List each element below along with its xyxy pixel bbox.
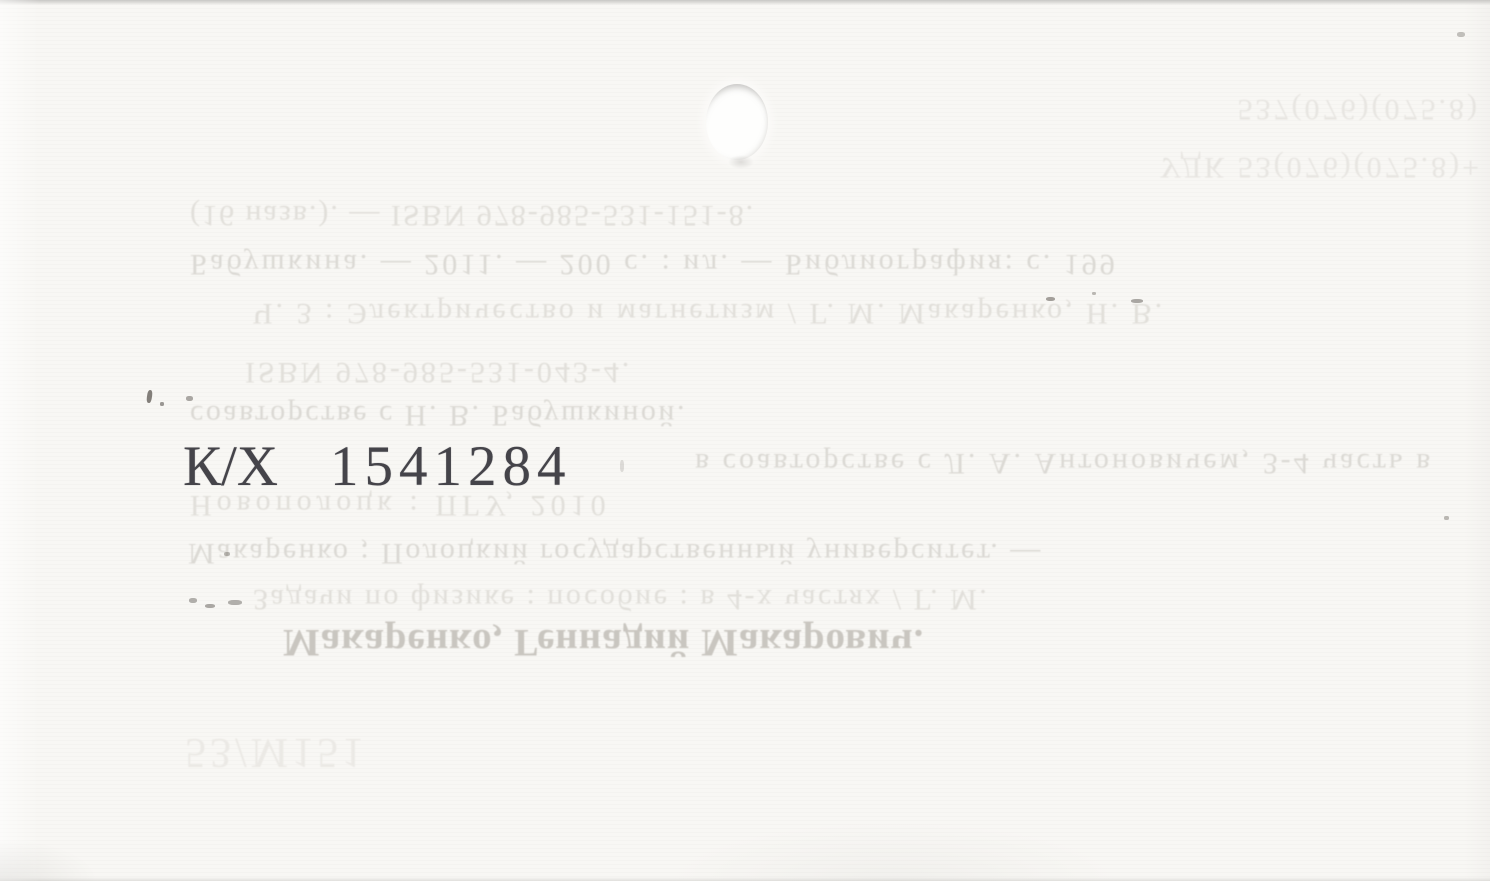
punch-hole: [706, 84, 768, 160]
scanned-page: 537(076)(075.8) УДК 53(076)(075.8)+ (16 …: [0, 0, 1490, 881]
scan-edge-top: [0, 0, 1490, 5]
showthrough-shelf-mark: 53/М151: [185, 728, 367, 776]
scan-edge-bottom: [0, 877, 1490, 881]
punch-hole-shadow: [728, 155, 754, 169]
ink-speck: [146, 390, 153, 404]
showthrough-udc-continuation: 537(076)(075.8): [1238, 92, 1480, 126]
ink-speck: [228, 600, 242, 605]
ink-speck: [1092, 292, 1096, 295]
ink-speck: [1457, 32, 1465, 37]
showthrough-collation-line: Бабушкина. — 2011. — 200 с. : ил. — Библ…: [190, 247, 1118, 281]
ink-speck: [620, 460, 624, 472]
ink-speck: [1444, 516, 1449, 520]
ink-speck: [189, 598, 197, 603]
ink-speck: [160, 402, 164, 406]
showthrough-author-heading: Макаренко, Геннадий Макарович.: [283, 620, 924, 665]
library-stamp: К/Х 1541284: [183, 434, 572, 499]
stamp-prefix: К/Х: [183, 434, 278, 499]
showthrough-coauthor-line: соавторстве с Н. В. Бабушкиной.: [190, 398, 687, 432]
stamp-number: 1541284: [330, 434, 572, 499]
showthrough-udc-line: УДК 53(076)(075.8)+: [1159, 150, 1482, 184]
ink-speck: [1131, 299, 1143, 303]
showthrough-publisher-line: Макаренко ; Полоцкий государственный уни…: [188, 536, 1043, 570]
ink-speck: [224, 552, 230, 556]
showthrough-isbn-series-line: ISBN 978-985-531-043-4.: [245, 355, 632, 389]
showthrough-coauthorship-line: в соавторстве с Л. А. Антоновичем, 3-4 ч…: [695, 446, 1433, 480]
ink-speck: [1046, 297, 1055, 301]
showthrough-isbn-line: (16 назв.). — ISBN 978-985-531-151-8.: [190, 198, 755, 232]
showthrough-title-line: Задачи по физике : пособие : в 4-х частя…: [253, 582, 989, 616]
showthrough-part-title-line: Ч. 3 : Электричество и магнетизм / Г. М.…: [253, 296, 1165, 330]
ink-speck: [205, 604, 215, 608]
ink-speck: [186, 396, 193, 401]
